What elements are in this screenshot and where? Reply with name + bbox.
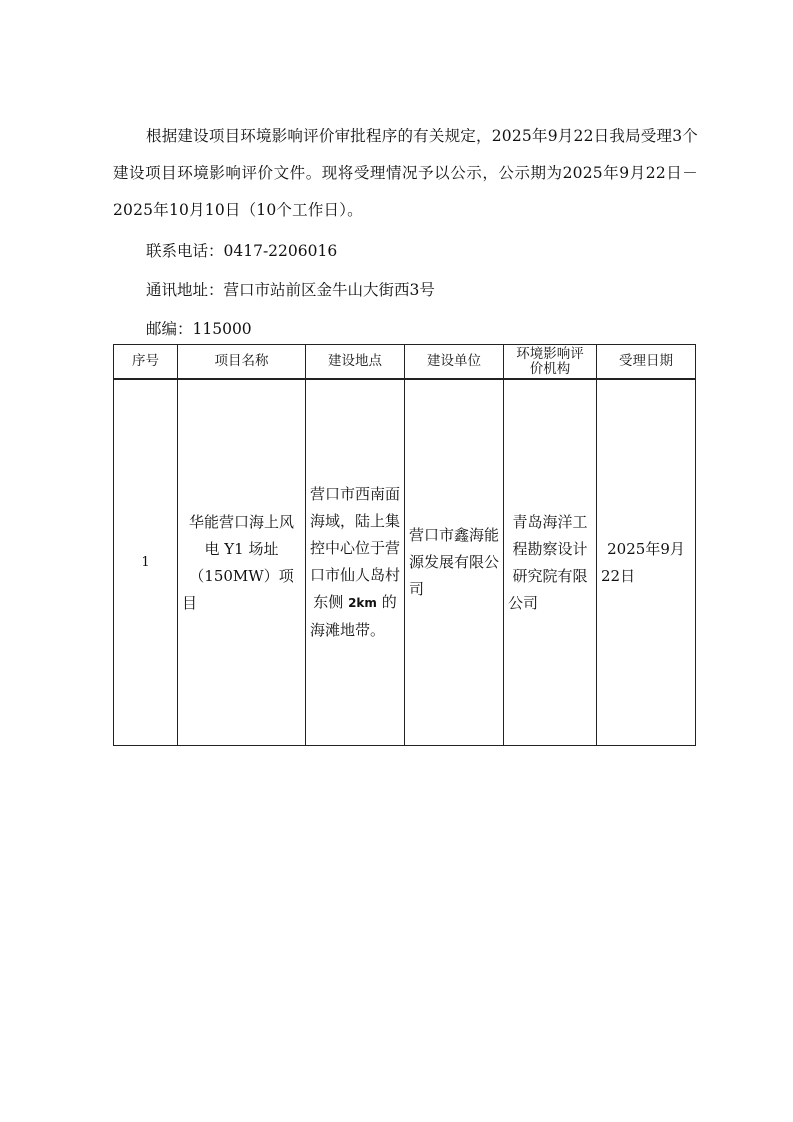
intro-paragraph: 根据建设项目环境影响评价审批程序的有关规定，2025年9月22日我局受理3个建设…	[113, 118, 698, 229]
header-builder: 建设单位	[405, 345, 504, 380]
cell-eia-agency: 青岛海洋工程勘察设计研究院有限公司	[504, 379, 597, 746]
cell-accept-date: 2025年9月22日	[597, 379, 696, 746]
header-eia-agency: 环境影响评价机构	[504, 345, 597, 380]
table-row: 1 华能营口海上风电 Y1 场址（150MW）项目 营口市西南面海域，陆上集控中…	[114, 379, 696, 746]
acceptance-table: 序号 项目名称 建设地点 建设单位 环境影响评价机构 受理日期 1 华能营口海上…	[113, 344, 696, 746]
header-index: 序号	[114, 345, 178, 380]
contact-phone: 联系电话：0417-2206016	[146, 239, 337, 261]
cell-project-name: 华能营口海上风电 Y1 场址（150MW）项目	[178, 379, 306, 746]
cell-index: 1	[114, 379, 178, 746]
header-location: 建设地点	[306, 345, 405, 380]
header-accept-date: 受理日期	[597, 345, 696, 380]
postcode: 邮编：115000	[146, 317, 252, 339]
table-header-row: 序号 项目名称 建设地点 建设单位 环境影响评价机构 受理日期	[114, 345, 696, 380]
header-project-name: 项目名称	[178, 345, 306, 380]
cell-location: 营口市西南面海域，陆上集控中心位于营口市仙人岛村东侧 2km 的海滩地带。	[306, 379, 405, 746]
mailing-address: 通讯地址：营口市站前区金牛山大街西3号	[146, 278, 435, 300]
location-distance: 2km	[348, 596, 377, 610]
cell-builder: 营口市鑫海能源发展有限公司	[405, 379, 504, 746]
